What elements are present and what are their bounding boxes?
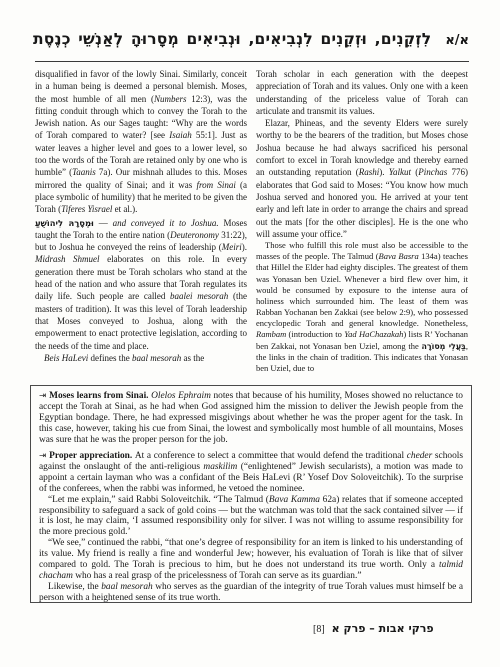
insight-text: Proper appreciation. At a conference to … (39, 451, 463, 494)
insight-paragraph: “Let me explain,” said Rabbi Soloveitchi… (39, 495, 463, 539)
left-column: disqualified in favor of the lowly Sinai… (35, 68, 247, 374)
page-footer: [8] פרקי אבות – פרק א (313, 622, 434, 635)
insight-paragraph: Likewise, the baal mesorah who serves as… (39, 582, 463, 604)
insights-box: ⇥Moses learns from Sinai. Olelos Ephraim… (30, 385, 472, 603)
insight-entry: ⇥Moses learns from Sinai. Olelos Ephraim… (39, 391, 463, 446)
commentary-paragraph: Elazar, Phineas, and the seventy Elders … (256, 117, 468, 240)
book-page: א/א לִזְקֵנִים, וּזְקֵנִים לִנְבִיאִים, … (0, 0, 500, 667)
book-title: פרקי אבות – פרק א (332, 622, 434, 635)
commentary-paragraph: Torah scholar in each generation with th… (256, 68, 468, 117)
page-header: א/א לִזְקֵנִים, וּזְקֵנִים לִנְבִיאִים, … (33, 28, 469, 50)
mishnah-hebrew-snippet: לִזְקֵנִים, וּזְקֵנִים לִנְבִיאִים, וּנְ… (33, 28, 431, 50)
commentary-paragraph: disqualified in favor of the lowly Sinai… (35, 68, 247, 216)
commentary-paragraph: וּמְסָרָהּ לִיהוֹשֻׁעַ — and conveyed it… (35, 217, 247, 352)
right-column: Torah scholar in each generation with th… (256, 68, 468, 374)
page-number: [8] (313, 624, 325, 635)
commentary-columns: disqualified in favor of the lowly Sinai… (35, 68, 468, 374)
insight-paragraph: ⇥Proper appreciation. At a conference to… (39, 451, 463, 495)
insight-paragraph: ⇥Moses learns from Sinai. Olelos Ephraim… (39, 391, 463, 446)
arrow-bullet-icon: ⇥ (39, 391, 46, 401)
header-divider-rule (35, 61, 469, 62)
insight-text: Moses learns from Sinai. Olelos Ephraim … (39, 391, 463, 445)
chapter-mishnah-marker: א/א (445, 33, 469, 48)
commentary-paragraph-small: Those who fulfill this role must also be… (256, 240, 468, 374)
arrow-bullet-icon: ⇥ (39, 451, 46, 461)
insight-entry: ⇥Proper appreciation. At a conference to… (39, 451, 463, 604)
insight-paragraph: “We see,” continued the rabbi, “that one… (39, 538, 463, 582)
commentary-paragraph: Beis HaLevi defines the baal mesorah as … (35, 352, 247, 364)
